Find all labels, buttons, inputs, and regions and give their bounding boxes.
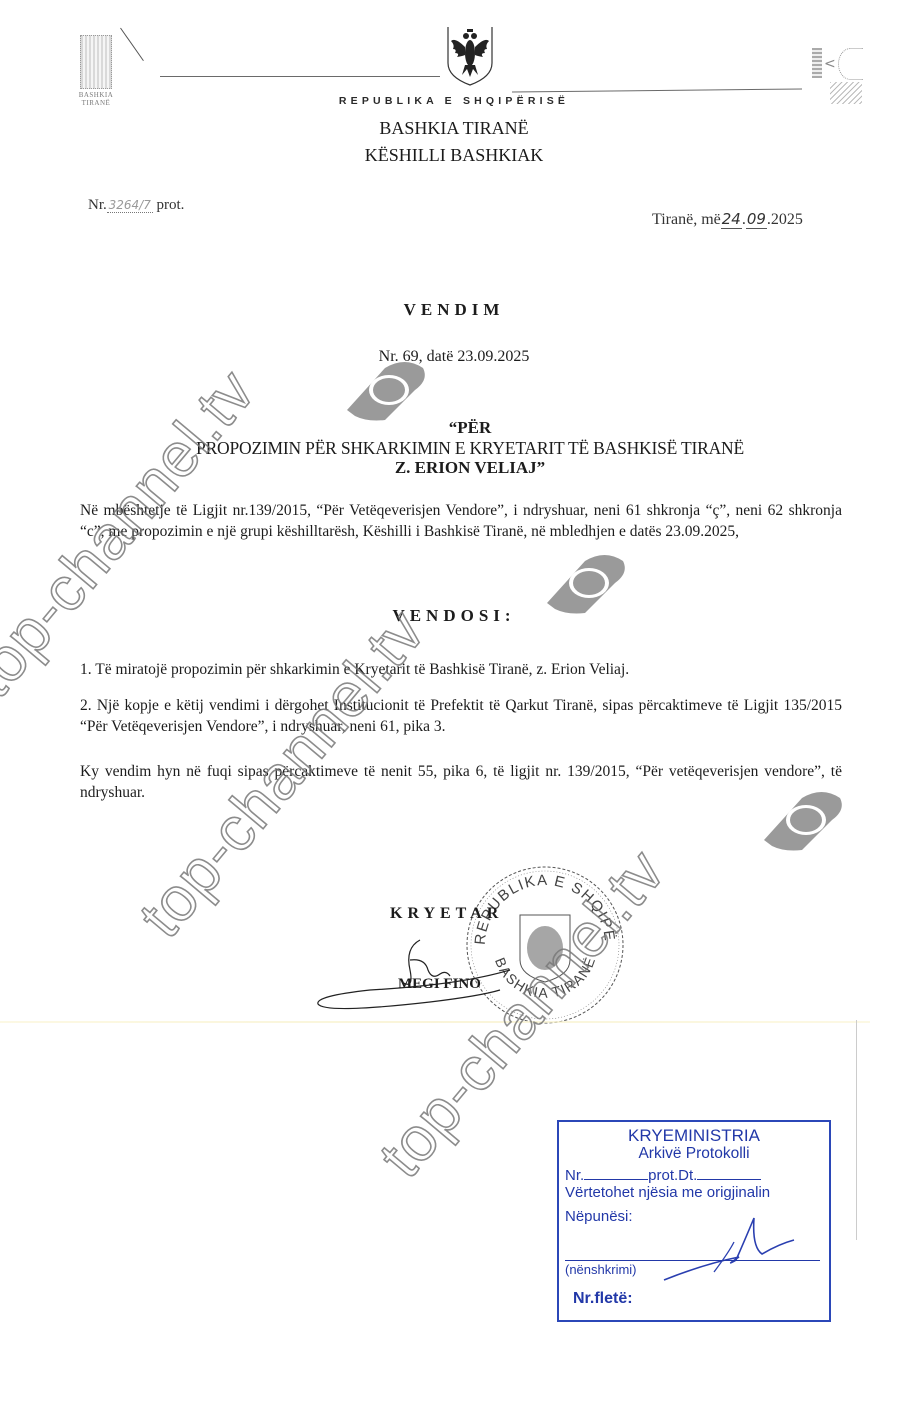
decision-point-2: 2. Një kopje e këtij vendimi i dërgohet … [80,695,842,737]
certification-stamp: KRYEMINISTRIA Arkivë Protokolli Nr.prot.… [557,1120,831,1322]
handwritten-protocol-number: 3264/7 [107,198,153,213]
entry-into-force-paragraph: Ky vendim hyn në fuqi sipas përcaktimeve… [80,761,842,803]
scan-artifact-line [0,1021,870,1023]
preamble-paragraph: Në mbështetje të Ligjit nr.139/2015, “Pë… [80,500,842,542]
header-rule-left [160,76,440,77]
decides-heading: VENDOSI: [0,606,908,626]
header-rule-right [512,88,802,92]
decision-point-1: 1. Të miratojë propozimin për shkarkimin… [80,659,842,680]
albanian-eagle-coat-of-arms-icon [445,25,495,87]
republic-heading: REPUBLIKA E SHQIPËRISË [0,95,908,107]
protocol-number: Nr.3264/7 prot. [88,197,184,214]
decision-number: Nr. 69, datë 23.09.2025 [0,348,908,366]
watermark-logo-icon [762,790,844,852]
watermark-logo-icon [545,553,627,615]
institution-heading: BASHKIA TIRANË [0,118,908,139]
decision-heading: VENDIM [0,300,908,320]
signatory-role: KRYETAR [390,905,503,923]
municipality-emblem-icon [80,35,112,89]
handwritten-day: 24 [721,210,742,229]
place-and-date: Tiranë, më24.09.2025 [652,210,803,229]
watermark-logo-icon [345,360,427,422]
council-heading: KËSHILLI BASHKIAK [0,145,908,166]
page-edge [856,1020,857,1240]
handwritten-month: 09 [746,210,767,229]
